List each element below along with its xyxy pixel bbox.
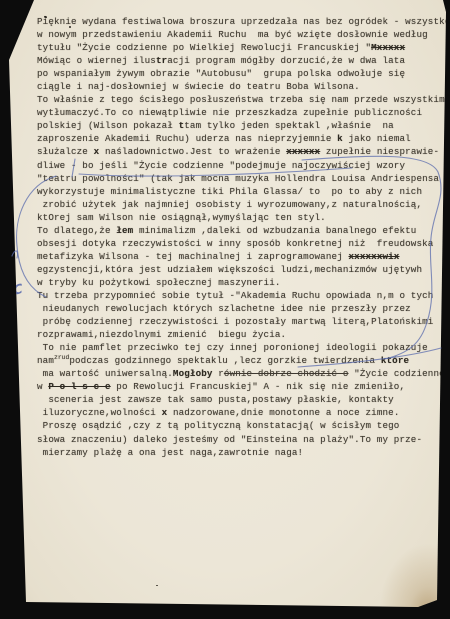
- text-line: ciągle i naj-dosłowniej w świecie do tea…: [37, 80, 441, 93]
- text-line: wykorzystuje minimalistyczne tiki Phila …: [37, 185, 441, 198]
- text-line: służalcze x naśladownictwo.Jest to wraże…: [37, 145, 441, 158]
- text-line: po wspaniałym żywym obrazie "Autobusu" g…: [37, 67, 441, 80]
- text-line: egzystencji,która jest udziałem większoś…: [37, 263, 441, 276]
- paper-speck: [156, 585, 158, 586]
- text-line: To dlatego,że łem minimalizm ,daleki od …: [37, 224, 441, 237]
- text-line: ma wartość uniwersalną.Mogłoby równie do…: [37, 367, 441, 380]
- text-line: w P o l s c e po Rewolucji Francuskiej" …: [37, 380, 441, 393]
- text-line: namzrudpodczas godzinnego spektaklu ,lec…: [37, 354, 441, 367]
- text-line: nieudanych rewolucjach których szlachetn…: [37, 302, 441, 315]
- text-line: iluzoryczne,wolności x nadzorowane,dnie …: [37, 406, 441, 419]
- text-line: w tryby ku pożytkowi społecznej maszyner…: [37, 276, 441, 289]
- text-line: Mówiąc o wiernej ilustracji program mógł…: [37, 54, 441, 67]
- text-line: To nie pamflet przeciwko tej czy innej p…: [37, 341, 441, 354]
- typed-text-block: Pięknie wydana festiwalowa broszura uprz…: [37, 15, 441, 459]
- text-line: Tu trzeba przypomnieć sobie tytuł -"Akad…: [37, 289, 441, 302]
- text-line: Proszę osądzić ,czy z tą polityczną kons…: [37, 419, 441, 432]
- text-line: polskiej (Wilson pokazał ttam tylko jede…: [37, 119, 441, 132]
- text-line: w nowym przedstawieniu Akademii Ruchu ma…: [37, 28, 441, 41]
- text-line: próbę codziennej rzeczywistości i pozost…: [37, 315, 441, 328]
- text-line: Pięknie wydana festiwalowa broszura uprz…: [37, 15, 441, 28]
- text-line: To właśnie z tego ścisłego posłuszeństwa…: [37, 93, 441, 106]
- text-line: obsesji dotyka rzeczywistości w inny spo…: [37, 237, 441, 250]
- text-line: "teatru powolności" (tak jak mocna muzyk…: [37, 172, 441, 185]
- text-line: sceneria jest zawsze tak samo pusta,post…: [37, 393, 441, 406]
- text-line: rozprawami,niezdolnymi zmienić biegu życ…: [37, 328, 441, 341]
- text-line: dliwe - bo jeśli "Życie codzienne "podej…: [37, 159, 441, 172]
- paper-page: Pięknie wydana festiwalowa broszura uprz…: [0, 0, 450, 619]
- text-line: zrobić użytek jak najmniej osobisty i wy…: [37, 198, 441, 211]
- text-line: zaproszenie Akademii Ruchu) uderza nas n…: [37, 132, 441, 145]
- text-line: metafizyka Wilsona - tej machinalnej i z…: [37, 250, 441, 263]
- handwritten-margin-note: ZC: [3, 282, 24, 302]
- text-line: mierzamy plażę a ona jest naga,zawrotnie…: [37, 446, 441, 459]
- text-line: słowa znaczeniu) daleko jesteśmy od "Ein…: [37, 433, 441, 446]
- text-line: tytułu "Życie codzienne po Wielkiej Rewo…: [37, 41, 441, 54]
- text-line: ktOrej sam Wilson nie osiągnął,wymyślają…: [37, 211, 441, 224]
- text-line: wytłumaczyć.To co niewątpliwie nie przes…: [37, 106, 441, 119]
